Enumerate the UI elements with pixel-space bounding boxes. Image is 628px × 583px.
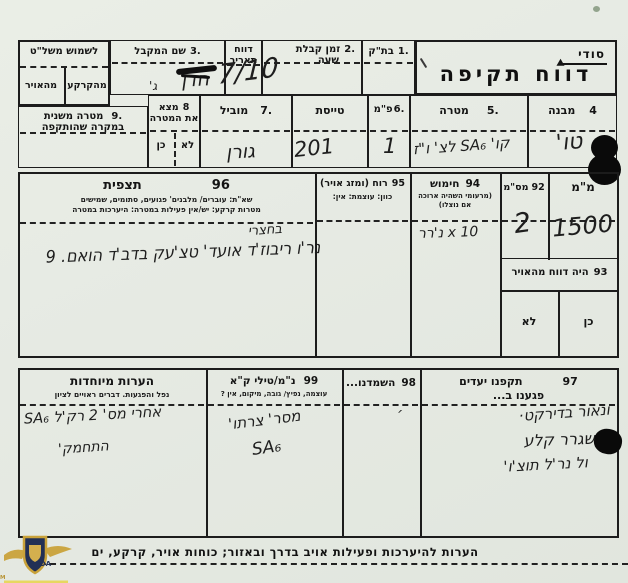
field-93-no: לא <box>502 315 556 328</box>
field-3-label: שם המקבל <box>134 46 186 57</box>
field-6-number: 6. <box>394 104 405 115</box>
field-97-label1: תקפנו יעדים <box>459 375 522 388</box>
field-9-label1: מטרה משנית <box>44 111 104 122</box>
eagle-wing-left-icon <box>4 550 26 561</box>
dashed-divider <box>150 130 198 132</box>
handwritten-formation: טו' <box>555 131 583 155</box>
column-divider <box>342 368 344 538</box>
field-95-label: רוח (ומזג אויר) <box>320 178 388 189</box>
handwritten-squadron: 201 <box>293 136 335 161</box>
dashed-divider <box>294 130 366 132</box>
dashed-divider <box>364 62 413 64</box>
field-98-number: 98 <box>401 377 416 389</box>
title-box: סודי דווח תקיפה <box>415 40 617 95</box>
dashed-divider <box>412 220 498 222</box>
handwritten-99-line2: SA₆ <box>251 438 282 459</box>
field-5-label: מטרה <box>439 104 469 117</box>
field-96-sub1: שא"ת: עוברים/ מלבנים' פגועים, סתומים, שמ… <box>22 195 311 204</box>
squadron-label: טייסת <box>293 104 367 117</box>
field-8-number: 8 <box>183 102 190 113</box>
remarks-title: הערות מיוחדות <box>20 374 204 388</box>
footer-note: הערות להיערכות ופעילות אויב בדרך ובאזור;… <box>80 545 490 559</box>
field-93-yes: כן <box>560 315 617 328</box>
field-96-number: 96 <box>212 178 230 193</box>
field-94-sub2: אם נוצלו) <box>412 201 498 209</box>
field-95-number: 95 <box>392 178 405 189</box>
field-1-label: בת"ק <box>368 46 394 57</box>
dashed-divider <box>112 62 223 64</box>
field-92-label-row: 92 מס"מ <box>501 182 547 193</box>
field-2-label: זמן קבלת <box>296 44 341 55</box>
field-9-secondary-target: 9. מטרה משנית במקרה שהותקפה <box>18 106 148 168</box>
dashed-divider <box>317 220 408 222</box>
field-mm-label: מ"מ <box>550 180 616 194</box>
field-98-label: השמדנו... <box>346 377 395 389</box>
dashed-divider <box>370 130 408 132</box>
handwritten-mark: ג' <box>149 80 157 92</box>
field-93-number: 93 <box>594 267 608 278</box>
field-94-label: חימוש <box>430 178 459 190</box>
field-97-number: 97 <box>563 375 578 388</box>
dashed-divider <box>208 404 340 406</box>
eagle-wing-right-icon <box>44 546 72 557</box>
field-95-label-row: 95 רוח (ומזג אויר) <box>317 178 408 189</box>
handwritten-remarks-line2: התחמק' <box>58 439 110 457</box>
field-4-number: 4 <box>589 104 597 117</box>
field-97-label-row: 97 תקפנו יעדים <box>422 375 615 388</box>
field-93-label: היה דווח מהאויר <box>512 267 589 278</box>
dashed-divider <box>344 404 418 406</box>
field-8-label1: מצא <box>159 102 179 113</box>
dashed-divider <box>202 130 290 132</box>
field-97-label2: פגענו ב... <box>422 389 615 402</box>
date-label1: דווח <box>226 44 261 55</box>
field-96-label-row: 96 תצפית <box>22 178 311 193</box>
field-96-sub2: מטרות קרקע: יש/אין פעילות במטרה: היערכות… <box>22 205 311 214</box>
field-98-label-row: 98 השמדנו... <box>344 377 418 389</box>
field-8-yes: כן <box>148 140 174 151</box>
dashed-divider <box>20 404 204 406</box>
footer-dashed-line <box>40 563 628 565</box>
field-1-number: 1. <box>398 46 409 57</box>
field-99-label-row: 99 נ"מ/טילי ק"א <box>208 375 340 387</box>
field-5-number: 5. <box>487 104 499 117</box>
field-7-number: 7. <box>260 104 272 117</box>
watermark-text-forum: DEFENCE FORUM <box>0 575 6 581</box>
mashlat-title: לשמוש משל"ט <box>20 46 108 57</box>
mashlat-ground-option: מהקרקע <box>66 80 108 91</box>
field-92-label: מס"מ <box>503 182 528 193</box>
handwritten-98-mark: ׳ <box>397 406 403 421</box>
field-8-no: לא <box>175 140 200 151</box>
dashed-divider <box>412 130 526 132</box>
handwritten-pm: 1 <box>383 136 396 157</box>
field-99-label: נ"מ/טילי ק"א <box>230 375 296 387</box>
field-3-number: 3. <box>190 46 201 57</box>
form-title: דווח תקיפה <box>417 62 615 86</box>
field-9-number: 9. <box>111 111 122 122</box>
field-94-number: 94 <box>465 178 480 190</box>
classification-label: סודי <box>578 47 605 61</box>
field-96-label: תצפית <box>103 178 142 193</box>
field-92-number: 92 <box>531 182 544 193</box>
handwritten-leader: גורן <box>226 142 256 162</box>
watermark-logo: DA DEFENCE FORUM <box>0 533 100 583</box>
handwritten-92: 2 <box>512 209 533 238</box>
handwritten-96-line1: בחצרי <box>248 223 283 238</box>
handwritten-mm: 1500 <box>551 211 614 240</box>
field-94-label-row: 94 חימוש <box>412 178 498 190</box>
handwritten-97-line2: שגרר קלע <box>465 431 595 452</box>
field-94-sub1: (מרעומי השהיה ארוכה <box>412 192 498 200</box>
field-6-label: פ"מ <box>374 104 393 115</box>
field-95-sub: כוון: עוצמת: אין: <box>317 192 408 201</box>
handwritten-94: 10 x נ'רר <box>418 225 479 241</box>
field-2-number: 2. <box>344 44 355 55</box>
watermark-svg: DA DEFENCE FORUM <box>0 533 100 583</box>
scan-speck <box>593 6 600 12</box>
remarks-sub: נפל והפגעות. דברים ראויים לציון <box>20 390 204 399</box>
scanned-attack-report-form: סודי דווח תקיפה 1. בת"ק 2. זמן קבלת שעה … <box>0 0 628 583</box>
mashlat-air-option: מהאויר <box>18 80 64 91</box>
watermark-text-da: DA <box>40 560 52 568</box>
field-8-label2: את המטרה <box>149 113 199 124</box>
field-7-label: מוביל <box>220 104 248 117</box>
handwritten-date: 7/10 <box>218 54 280 89</box>
field-1-batak: 1. בת"ק <box>362 40 415 95</box>
dashed-divider <box>20 132 146 134</box>
field-99-number: 99 <box>304 375 319 387</box>
field-4-label: מבנה <box>548 104 575 117</box>
field-99-sub: עוצמה, נפיץ/ גובה, מיקום, אין ? <box>208 390 340 398</box>
